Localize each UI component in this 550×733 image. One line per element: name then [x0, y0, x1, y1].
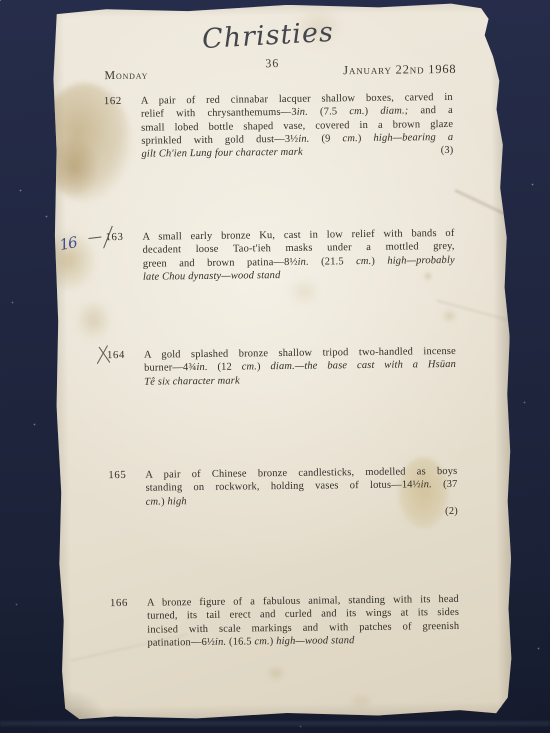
lot-number-wrap: 166: [110, 597, 144, 609]
catalogue-page: Christies 36 Monday January 22nd 1968 16…: [52, 2, 515, 720]
lot-text-segment: ): [257, 361, 271, 372]
lot-text-segment: high—bearing a: [373, 132, 453, 144]
lot-text-segment: (37: [432, 479, 458, 490]
lot-text-segment: in.: [196, 362, 207, 373]
lot-text-segment: cm.: [356, 256, 371, 267]
lot-number-wrap: 165: [108, 469, 142, 481]
lot-text-segment: green and brown patina—8½: [143, 256, 298, 269]
lot-text-segment: in.: [421, 479, 432, 490]
handwritten-dash-mark: [88, 237, 101, 240]
lot-entry-162: 162A pair of red cinnabar lacquer shallo…: [104, 91, 452, 162]
lot-text-segment: in.: [297, 107, 308, 118]
lot-description: A gold splashed bronze shallow tripod tw…: [144, 345, 456, 389]
lot-entry-164: 164A gold splashed bronze shallow tripod…: [107, 345, 454, 389]
lot-description: A small early bronze Ku, cast in low rel…: [142, 227, 455, 284]
lot-text-segment: gilt Ch'ien Lung four character mark: [141, 147, 302, 160]
lot-text-segment: in.: [297, 256, 308, 267]
lot-text-segment: cm.: [146, 496, 161, 507]
lot-text-segment: ): [371, 255, 387, 266]
lot-list: 162A pair of red cinnabar lacquer shallo…: [52, 2, 506, 8]
lot-text-segment: diam.—the base cast with a Hsüan: [270, 359, 456, 372]
lot-text-segment: (16.5: [226, 636, 254, 647]
lot-text-segment: ): [365, 106, 381, 117]
lot-number: 165: [108, 469, 126, 481]
lot-text-segment: sprinkled with gold dust—3½: [141, 134, 298, 147]
lot-166-line-4: patination—6½in. (16.5 cm.) high—wood st…: [147, 633, 459, 650]
lot-piece-count: (3): [441, 144, 454, 157]
lot-piece-count: (2): [146, 505, 458, 522]
lot-text-segment: (9: [309, 133, 342, 144]
lot-text-segment: burner—4¾: [144, 362, 197, 374]
table-edge-highlight: [0, 721, 550, 726]
lot-text-segment: diam.;: [380, 106, 408, 117]
lot-text-segment: incised with scale markings and with pat…: [147, 620, 459, 635]
lot-text-segment: and a: [408, 105, 453, 117]
handwritten-margin-note: 16: [58, 233, 78, 254]
dust-specks: [0, 0, 1, 1]
lot-163-line-4: late Chou dynasty—wood stand: [143, 267, 455, 284]
lot-text-segment: (7.5: [308, 106, 349, 118]
lot-text-segment: Tê six character mark: [144, 375, 240, 387]
lot-text-segment: high—wood stand: [276, 635, 355, 647]
lot-162-line-5: gilt Ch'ien Lung four character mark(3): [141, 144, 453, 161]
lot-text-segment: patination—6½: [147, 637, 215, 649]
lot-text-segment: high: [167, 496, 186, 507]
date-label: January 22nd 1968: [343, 62, 456, 78]
lot-text-segment: cm.: [349, 106, 364, 117]
lot-text-segment: in.: [298, 134, 309, 145]
lot-description: A pair of Chinese bronze candlesticks, m…: [145, 465, 458, 522]
lot-text-segment: standing on rockwork, holding vases of l…: [145, 480, 420, 494]
lot-text-segment: (21.5: [309, 256, 356, 268]
lot-text-segment: late Chou dynasty—wood stand: [143, 270, 281, 283]
lot-text-segment: relief with chrysanthemums—3: [141, 107, 297, 120]
lot-text-segment: ): [358, 133, 374, 144]
lot-text-segment: cm.: [254, 636, 269, 647]
lot-number-wrap: 163: [105, 231, 139, 243]
lot-text-segment: cm.: [342, 133, 357, 144]
page-content: Christies 36 Monday January 22nd 1968 16…: [52, 2, 515, 720]
photograph-background: Christies 36 Monday January 22nd 1968 16…: [0, 0, 550, 733]
lot-number: 164: [107, 349, 125, 361]
lot-number: 162: [104, 95, 122, 107]
lot-description: A bronze figure of a fabulous animal, st…: [147, 593, 460, 650]
lot-entry-165: 165A pair of Chinese bronze candlesticks…: [108, 465, 456, 522]
lot-line-text: gilt Ch'ien Lung four character mark: [141, 146, 303, 161]
handwritten-title: Christies: [201, 14, 392, 56]
lot-text-segment: (12: [208, 362, 242, 373]
lot-description: A pair of red cinnabar lacquer shallow b…: [141, 91, 454, 161]
day-label: Monday: [104, 68, 148, 84]
lot-number: 166: [110, 597, 128, 609]
lot-number-wrap: 162: [104, 95, 138, 107]
lot-entry-166: 166A bronze figure of a fabulous animal,…: [110, 593, 458, 650]
lot-text-segment: in.: [215, 637, 226, 648]
lot-text-segment: high—probably: [387, 254, 455, 266]
lot-number-wrap: 164: [107, 349, 141, 361]
lot-text-segment: cm.: [242, 362, 257, 373]
lot-entry-163: 16163A small early bronze Ku, cast in lo…: [105, 227, 453, 284]
